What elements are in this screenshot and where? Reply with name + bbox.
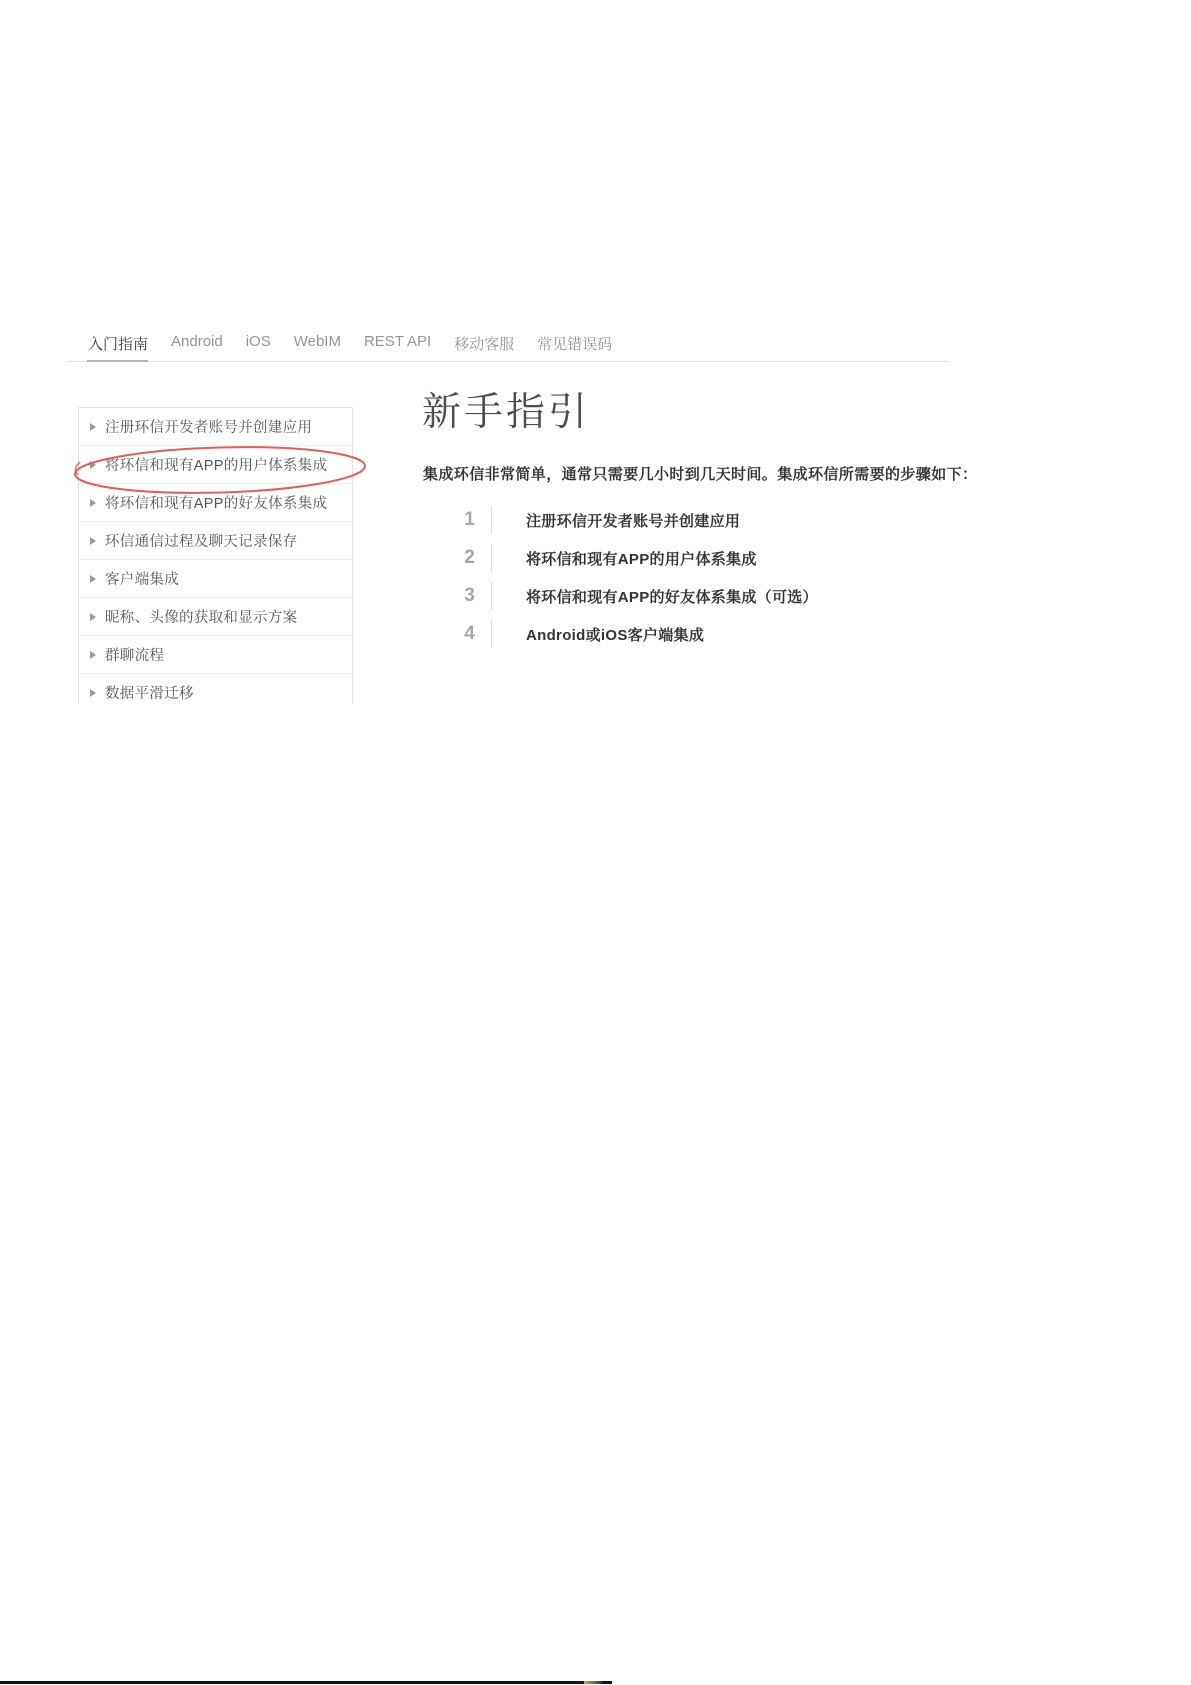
bottom-edge-speck [584,1681,602,1684]
tab-android[interactable]: Android [171,333,223,354]
sidebar-item-group-chat[interactable]: 群聊流程 [79,636,352,674]
sidebar-item-client-integration[interactable]: 客户端集成 [79,560,352,598]
step-row-4: 4 Android或iOS客户端集成 [448,615,818,653]
step-number: 1 [448,506,492,534]
step-number: 3 [448,582,492,610]
bottom-edge-line [0,1681,612,1684]
caret-right-icon [90,613,96,621]
sidebar-item-user-integration[interactable]: 将环信和现有APP的用户体系集成 [79,446,352,484]
caret-right-icon [90,461,96,469]
step-row-2: 2 将环信和现有APP的用户体系集成 [448,539,818,577]
steps-list: 1 注册环信开发者账号并创建应用 2 将环信和现有APP的用户体系集成 3 将环… [448,501,818,653]
tab-ios[interactable]: iOS [246,333,271,354]
caret-right-icon [90,537,96,545]
sidebar-item-register-account[interactable]: 注册环信开发者账号并创建应用 [79,408,352,446]
nav-divider [66,361,949,362]
caret-right-icon [90,423,96,431]
tab-webim[interactable]: WebIM [294,333,341,354]
sidebar-item-data-migration[interactable]: 数据平滑迁移 [79,674,352,703]
step-text: Android或iOS客户端集成 [526,624,704,645]
tab-intro-guide[interactable]: 入门指南 [88,333,148,354]
sidebar-item-label: 注册环信开发者账号并创建应用 [105,416,312,437]
caret-right-icon [90,499,96,507]
sidebar-item-label: 数据平滑迁移 [105,682,194,703]
sidebar-item-chat-record[interactable]: 环信通信过程及聊天记录保存 [79,522,352,560]
step-row-3: 3 将环信和现有APP的好友体系集成（可选） [448,577,818,615]
sidebar-item-nickname-avatar[interactable]: 昵称、头像的获取和显示方案 [79,598,352,636]
step-text: 将环信和现有APP的用户体系集成 [526,548,757,569]
sidebar-item-label: 昵称、头像的获取和显示方案 [105,606,297,627]
sidebar-item-label: 将环信和现有APP的好友体系集成 [105,492,327,513]
active-tab-underline [87,360,148,362]
sidebar-item-friend-integration[interactable]: 将环信和现有APP的好友体系集成 [79,484,352,522]
tab-mobile-service[interactable]: 移动客服 [454,333,514,354]
step-number: 4 [448,620,492,648]
sidebar-item-label: 群聊流程 [105,644,164,665]
step-text: 将环信和现有APP的好友体系集成（可选） [526,586,818,607]
tab-rest-api[interactable]: REST API [364,333,431,354]
step-row-1: 1 注册环信开发者账号并创建应用 [448,501,818,539]
sidebar-item-label: 客户端集成 [105,568,179,589]
intro-paragraph: 集成环信非常简单，通常只需要几小时到几天时间。集成环信所需要的步骤如下： [423,463,977,484]
step-text: 注册环信开发者账号并创建应用 [526,510,740,531]
caret-right-icon [90,575,96,583]
page-title: 新手指引 [422,381,590,437]
sidebar-menu: 注册环信开发者账号并创建应用 将环信和现有APP的用户体系集成 将环信和现有AP… [78,407,353,703]
sidebar-item-label: 环信通信过程及聊天记录保存 [105,530,297,551]
caret-right-icon [90,651,96,659]
top-nav: 入门指南 Android iOS WebIM REST API 移动客服 常见错… [88,333,612,354]
step-number: 2 [448,544,492,572]
caret-right-icon [90,689,96,697]
tab-error-codes[interactable]: 常见错误码 [537,333,612,354]
sidebar-item-label: 将环信和现有APP的用户体系集成 [105,454,327,475]
